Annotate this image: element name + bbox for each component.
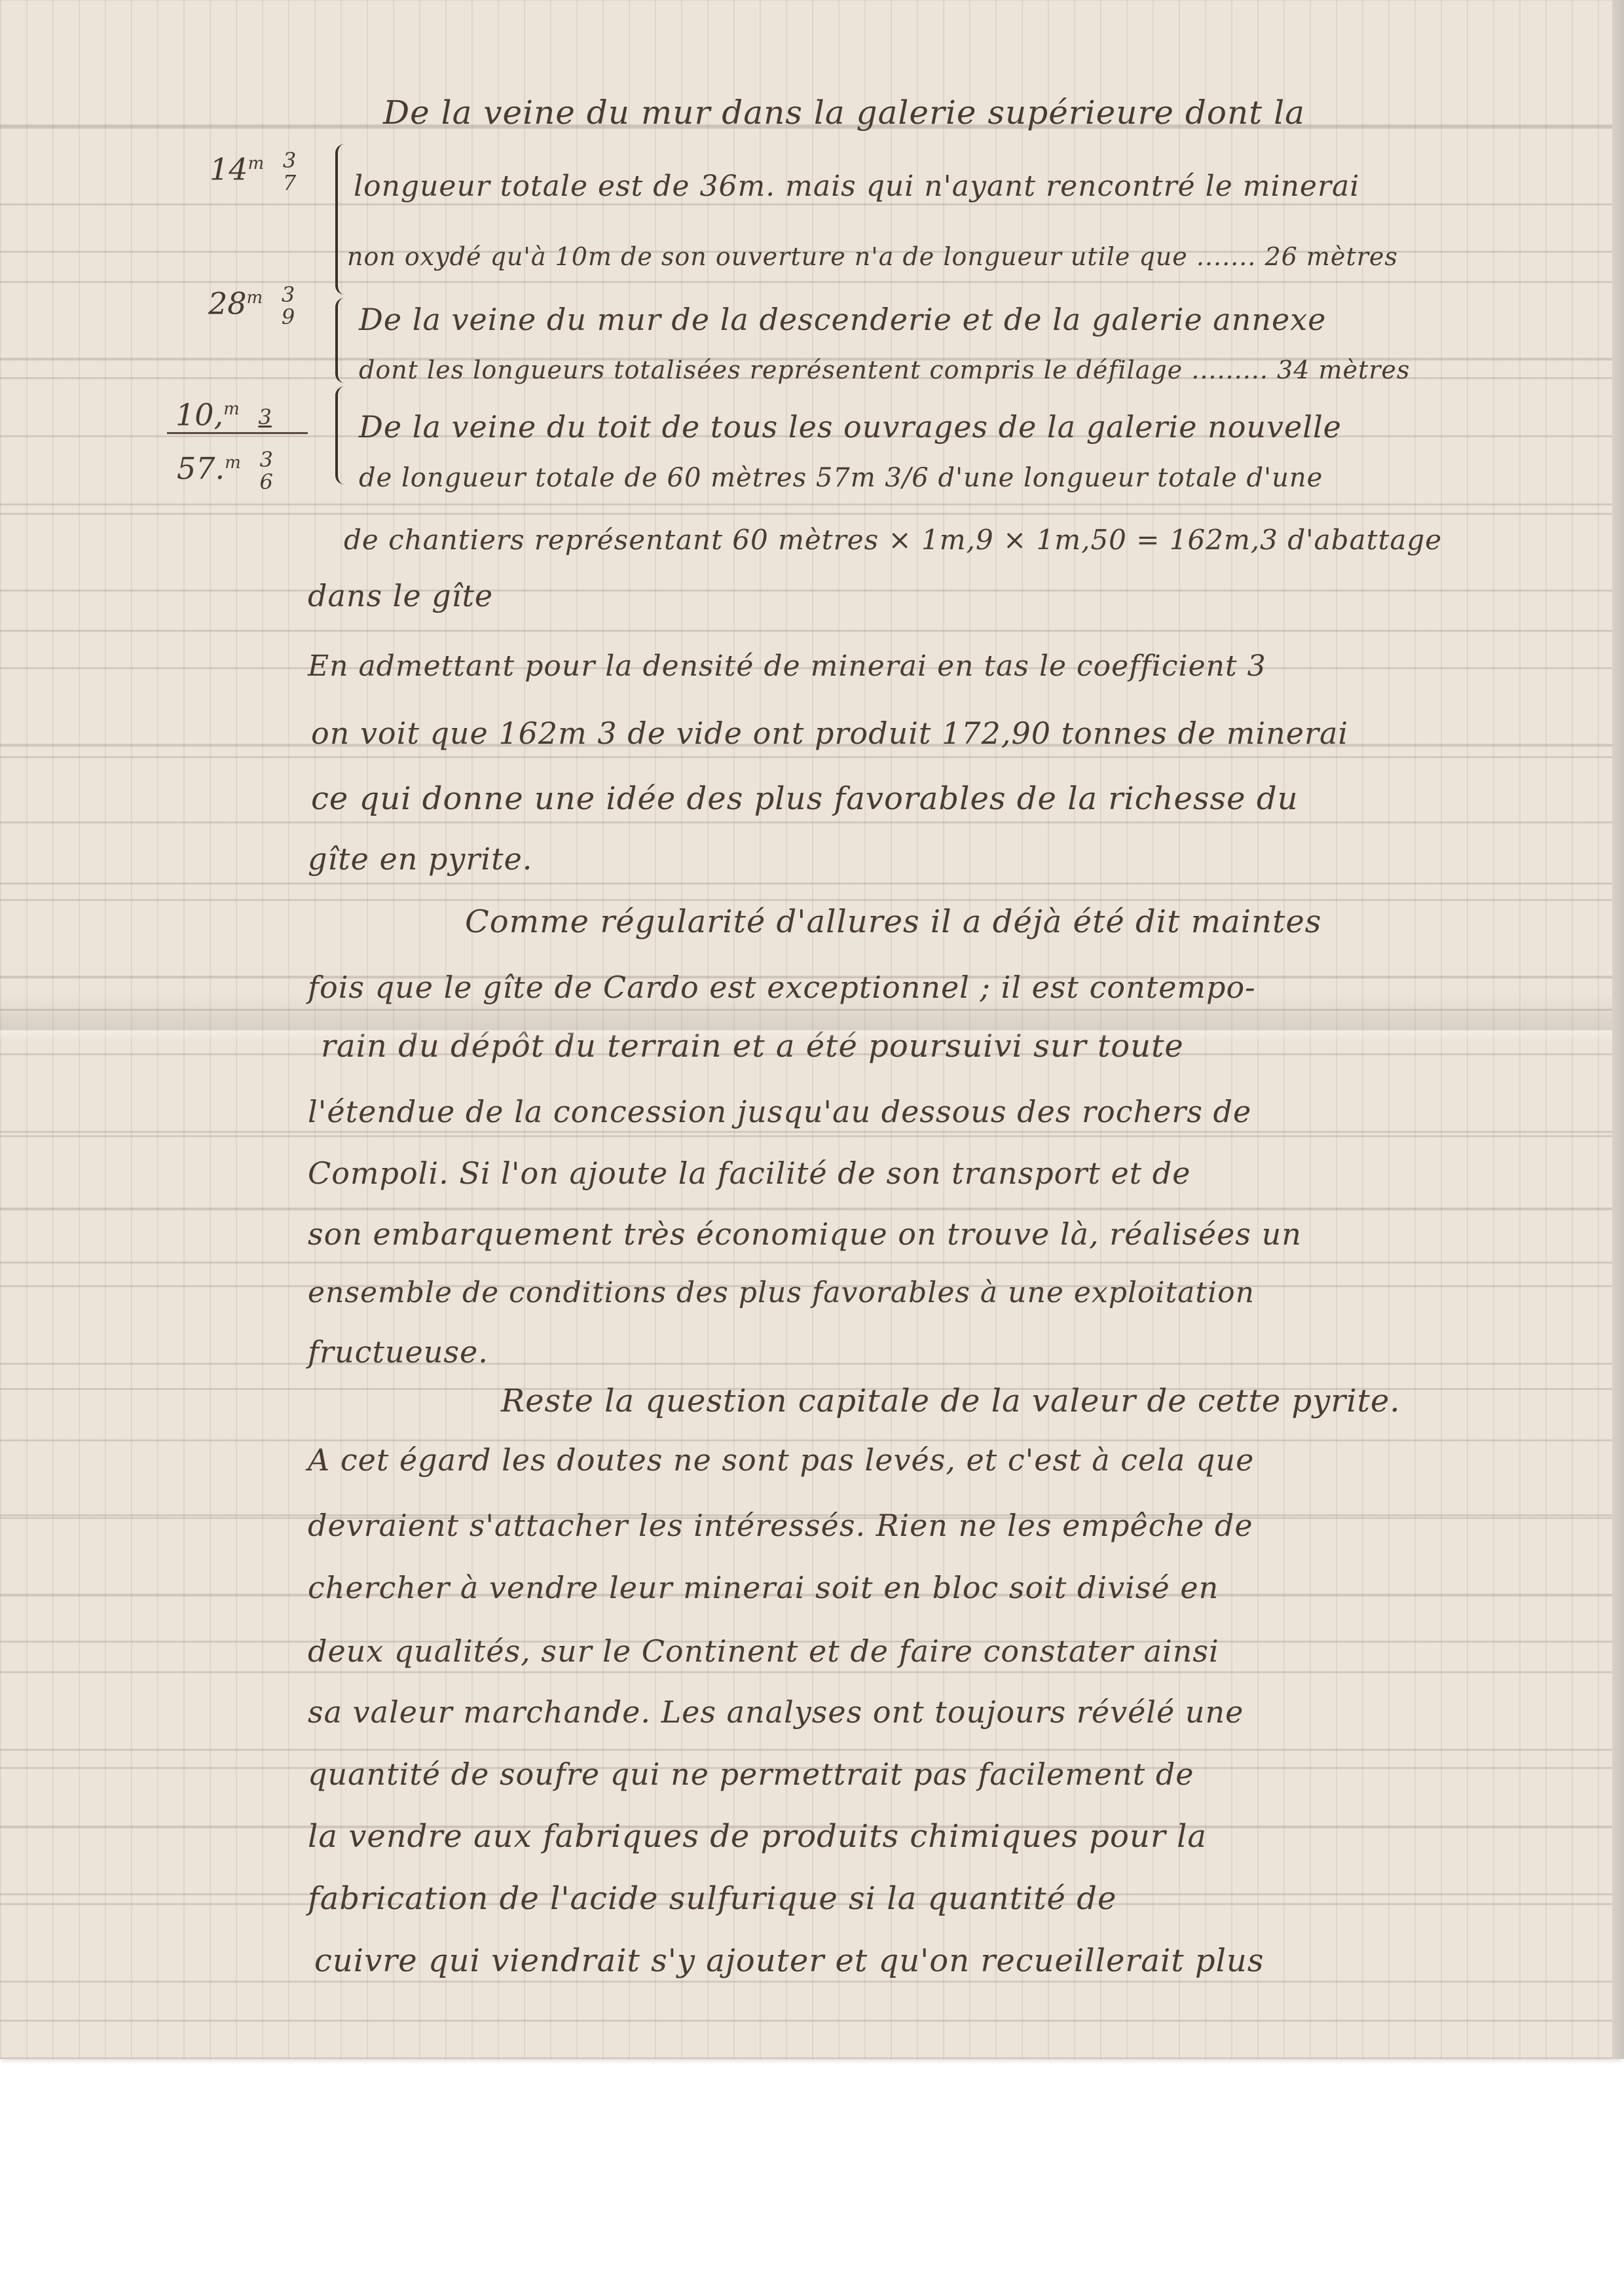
text-line: ce qui donne une idée des plus favorable… (311, 779, 1298, 818)
text-line: chercher à vendre leur minerai soit en b… (308, 1568, 1219, 1607)
margin-note-fraction: 3 (258, 406, 271, 428)
text-line: sa valeur marchande. Les analyses ont to… (308, 1692, 1244, 1732)
text-line: de longueur totale de 60 mètres 57m 3/6 … (359, 458, 1323, 498)
text-line: dont les longueurs totalisées représente… (359, 350, 1410, 390)
margin-note-value: 14 (210, 151, 248, 187)
text-line: ensemble de conditions des plus favorabl… (308, 1273, 1255, 1313)
text-line: quantité de soufre qui ne permettrait pa… (308, 1755, 1194, 1794)
text-line: gîte en pyrite. (308, 839, 532, 879)
text-line: devraient s'attacher les intéressés. Rie… (308, 1506, 1253, 1545)
text-line: on voit que 162m 3 de vide ont produit 1… (311, 714, 1348, 753)
fraction-numerator: 3 (259, 448, 272, 471)
manuscript-page: 14m 37 28m 39 10,m 3 57.m 36 De la veine… (0, 0, 1621, 2059)
margin-note-value: 28 (208, 285, 247, 321)
text-line: De la veine du toit de tous les ouvrages… (359, 407, 1342, 446)
fraction-numerator: 3 (282, 283, 295, 306)
margin-note-unit: m (225, 453, 241, 473)
curly-brace-2 (335, 298, 352, 383)
margin-note-unit: m (247, 288, 263, 308)
text-line: Compoli. Si l'on ajoute la facilité de s… (308, 1154, 1190, 1193)
fraction-numerator: 3 (258, 406, 271, 428)
margin-note-fraction: 39 (282, 283, 295, 328)
text-line: dans le gîte (308, 576, 493, 615)
text-line: de chantiers représentant 60 mètres × 1m… (344, 520, 1442, 560)
page-right-edge (1612, 0, 1624, 2059)
text-line: De la veine du mur dans la galerie supér… (383, 93, 1305, 132)
curly-brace-3 (335, 386, 352, 484)
text-line: l'étendue de la concession jusqu'au dess… (308, 1092, 1251, 1131)
margin-note-1: 14m 37 (210, 147, 296, 194)
text-line paragraph-start: Reste la question capitale de la valeur … (501, 1381, 1401, 1421)
margin-note-unit: m (223, 399, 240, 419)
text-line: rain du dépôt du terrain et a été poursu… (321, 1027, 1184, 1066)
text-line: fructueuse. (308, 1332, 489, 1372)
text-line: cuivre qui viendrait s'y ajouter et qu'o… (314, 1941, 1264, 1980)
text-line: fois que le gîte de Cardo est exceptionn… (308, 968, 1256, 1007)
text-line: la vendre aux fabriques de produits chim… (308, 1817, 1207, 1856)
text-line: non oxydé qu'à 10m de son ouverture n'a … (347, 237, 1398, 276)
margin-note-value: 10, (175, 397, 223, 432)
fraction-numerator: 3 (283, 149, 296, 172)
fraction-denominator: 7 (283, 172, 296, 194)
margin-note-3: 10,m 3 (175, 393, 272, 431)
margin-note-fraction: 37 (283, 149, 296, 194)
margin-note-unit: m (248, 154, 265, 173)
text-line: son embarquement très économique on trou… (308, 1214, 1302, 1254)
margin-note-2: 28m 39 (208, 282, 295, 328)
sum-rule-divider (167, 432, 308, 434)
fraction-denominator: 6 (259, 471, 272, 493)
margin-note-fraction: 36 (259, 448, 272, 493)
text-line: En admettant pour la densité de minerai … (308, 647, 1266, 686)
text-line paragraph-start: Comme régularité d'allures il a déjà été… (465, 902, 1321, 941)
fraction-denominator: 9 (282, 306, 295, 328)
margin-note-4: 57.m 36 (177, 446, 273, 493)
text-line: longueur totale est de 36m. mais qui n'a… (354, 167, 1359, 206)
text-line: fabrication de l'acide sulfurique si la … (308, 1879, 1116, 1918)
text-line: deux qualités, sur le Continent et de fa… (308, 1631, 1219, 1671)
margin-note-value: 57. (177, 450, 225, 486)
text-line: De la veine du mur de la descenderie et … (359, 300, 1326, 339)
text-line: A cet égard les doutes ne sont pas levés… (308, 1440, 1254, 1480)
